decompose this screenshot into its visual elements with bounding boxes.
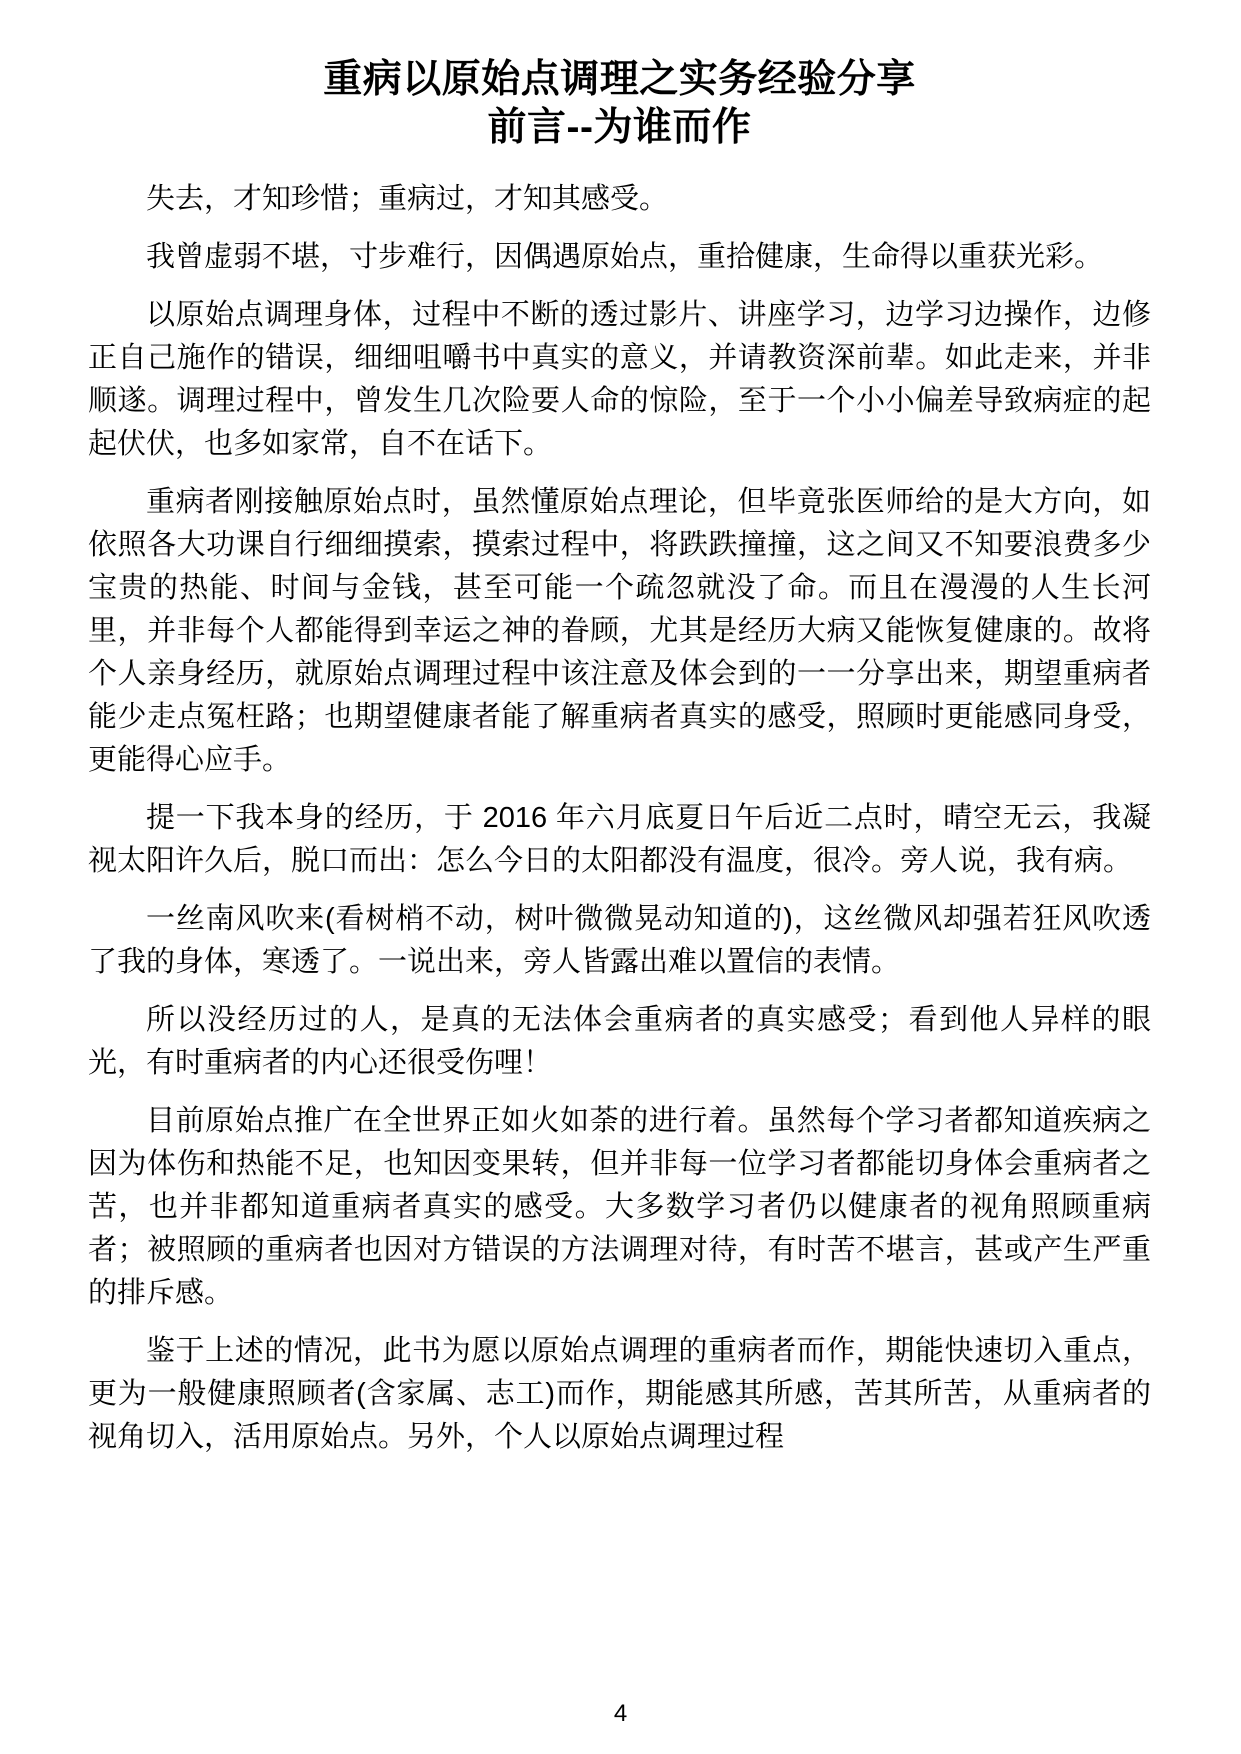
page-number: 4: [0, 1700, 1241, 1728]
document-title: 重病以原始点调理之实务经验分享: [88, 56, 1151, 104]
paragraph-5: 提一下我本身的经历，于 2016 年六月底夏日午后近二点时，晴空无云，我凝视太阳…: [88, 797, 1151, 883]
paragraph-9: 鉴于上述的情况，此书为愿以原始点调理的重病者而作，期能快速切入重点，更为一般健康…: [88, 1330, 1151, 1459]
paragraph-2: 我曾虚弱不堪，寸步难行，因偶遇原始点，重拾健康，生命得以重获光彩。: [88, 236, 1151, 279]
paragraph-7: 所以没经历过的人，是真的无法体会重病者的真实感受；看到他人异样的眼光，有时重病者…: [88, 999, 1151, 1085]
paragraph-8: 目前原始点推广在全世界正如火如荼的进行着。虽然每个学习者都知道疾病之因为体伤和热…: [88, 1100, 1151, 1315]
paragraph-3: 以原始点调理身体，过程中不断的透过影片、讲座学习，边学习边操作，边修正自己施作的…: [88, 294, 1151, 466]
paragraph-4: 重病者刚接触原始点时，虽然懂原始点理论，但毕竟张医师给的是大方向，如依照各大功课…: [88, 481, 1151, 782]
document-content: 重病以原始点调理之实务经验分享 前言--为谁而作 失去，才知珍惜；重病过，才知其…: [0, 0, 1241, 1459]
document-page: 重病以原始点调理之实务经验分享 前言--为谁而作 失去，才知珍惜；重病过，才知其…: [0, 0, 1241, 1754]
paragraph-6: 一丝南风吹来(看树梢不动，树叶微微晃动知道的)，这丝微风却强若狂风吹透了我的身体…: [88, 898, 1151, 984]
paragraph-1: 失去，才知珍惜；重病过，才知其感受。: [88, 178, 1151, 221]
document-subtitle: 前言--为谁而作: [88, 104, 1151, 152]
